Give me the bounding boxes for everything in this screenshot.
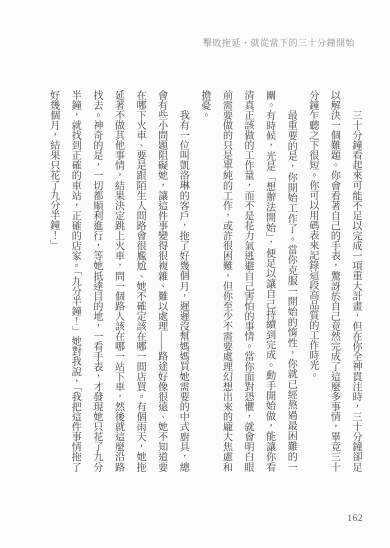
paragraph-2: 最重要的是，你開始工作了。當你克服一開始的惰性，你就已經熬過最困難的一關。有時候…	[193, 90, 301, 472]
paragraph-3: 我有一位叫凱洛琳的客戶，拖了好幾個月，遲遲沒幫媽媽買她需要的中式廚具，總會有些小…	[42, 90, 193, 472]
paragraph-1: 三十分鐘看起來可能不足以完成一項重大計畫，但在你全神貫注時，三十分鐘卻足以解決一…	[301, 90, 366, 472]
page-number: 162	[347, 514, 363, 524]
body-text-block: 三十分鐘看起來可能不足以完成一項重大計畫，但在你全神貫注時，三十分鐘卻足以解決一…	[42, 90, 366, 472]
running-header: 擊敗拖延・就從當下的三十分鐘開始	[203, 36, 355, 49]
book-page: 擊敗拖延・就從當下的三十分鐘開始 三十分鐘看起來可能不足以完成一項重大計畫，但在…	[0, 0, 390, 548]
